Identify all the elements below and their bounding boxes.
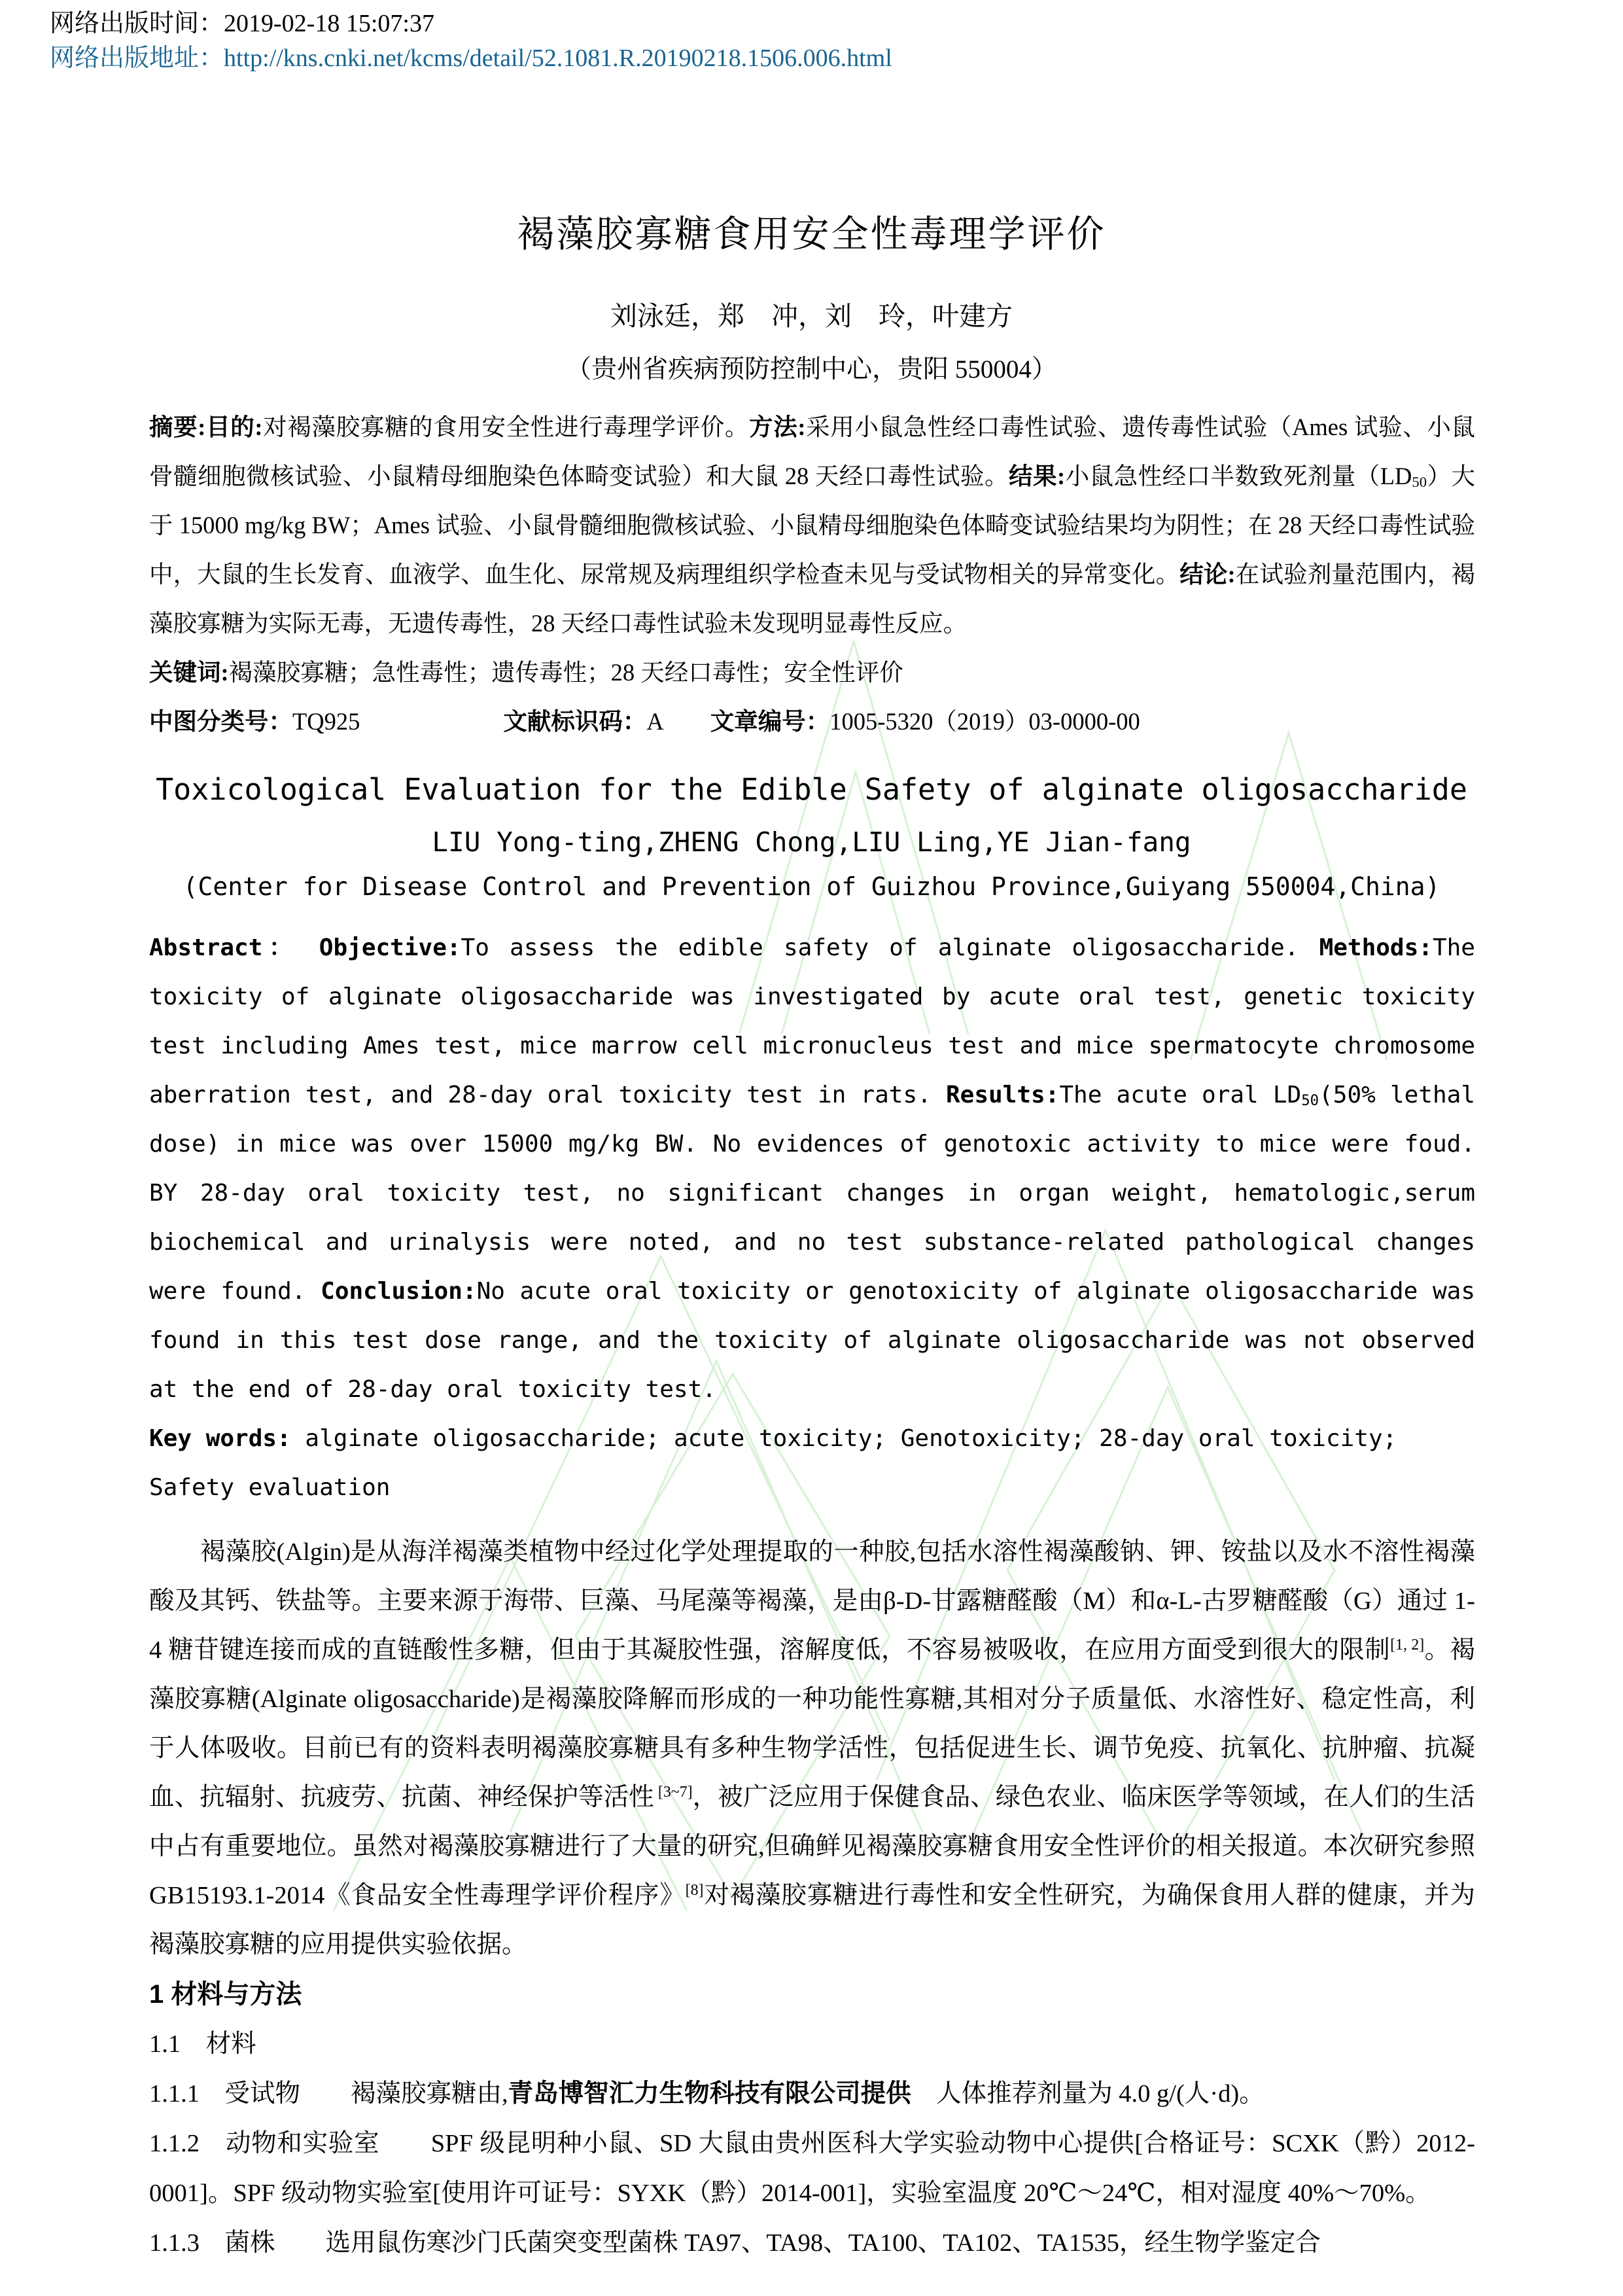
publish-url-line: 网络出版地址：http://kns.cnki.net/kcms/detail/5… [50, 41, 1623, 76]
authors-en: LIU Yong-ting,ZHENG Chong,LIU Ling,YE Ji… [0, 826, 1623, 858]
item-1-1-2-animals-lab: 1.1.2 动物和实验室 SPF 级昆明种小鼠、SD 大鼠由贵州医科大学实验动物… [149, 2119, 1475, 2218]
abstract-cn: 摘要:目的:对褐藻胶寡糖的食用安全性进行毒理学评价。方法:采用小鼠急性经口毒性试… [149, 402, 1475, 648]
abstract-en: Abstract： Objective:To assess the edible… [149, 923, 1475, 1414]
publish-time-label: 网络出版时间： [50, 10, 224, 37]
paper-title-en: Toxicological Evaluation for the Edible … [0, 772, 1623, 807]
section-heading-1: 1 材料与方法 [149, 1969, 1475, 2019]
affiliation-en: (Center for Disease Control and Preventi… [0, 872, 1623, 901]
publish-url-link[interactable]: http://kns.cnki.net/kcms/detail/52.1081.… [224, 44, 892, 72]
article-meta-cn: 中图分类号：TQ925 文献标识码：A 文章编号：1005-5320（2019）… [149, 697, 1475, 746]
affiliation-cn: （贵州省疾病预防控制中心，贵阳 550004） [0, 349, 1623, 385]
authors-cn: 刘泳廷，郑 冲，刘 玲，叶建方 [0, 294, 1623, 333]
keywords-cn: 关键词:褐藻胶寡糖；急性毒性；遗传毒性；28 天经口毒性；安全性评价 [149, 648, 1475, 697]
item-1-1-1-test-substance: 1.1.1 受试物 褐藻胶寡糖由,青岛博智汇力生物科技有限公司提供 人体推荐剂量… [149, 2069, 1475, 2119]
intro-paragraph: 褐藻胶(Algin)是从海洋褐藻类植物中经过化学处理提取的一种胶,包括水溶性褐藻… [149, 1528, 1475, 1969]
paper-title-cn: 褐藻胶寡糖食用安全性毒理学评价 [0, 204, 1623, 258]
paper-page: 网络出版时间：2019-02-18 15:07:37 网络出版地址：http:/… [0, 0, 1623, 2296]
publish-url-label: 网络出版地址： [50, 44, 224, 72]
publication-header: 网络出版时间：2019-02-18 15:07:37 网络出版地址：http:/… [0, 0, 1623, 76]
keywords-en: Key words: alginate oligosaccharide; acu… [149, 1414, 1475, 1512]
section-heading-1-1: 1.1 材料 [149, 2019, 1475, 2069]
publish-time-line: 网络出版时间：2019-02-18 15:07:37 [50, 7, 1623, 41]
publish-time-value: 2019-02-18 15:07:37 [224, 10, 434, 37]
item-1-1-3-strains: 1.1.3 菌株 选用鼠伤寒沙门氏菌突变型菌株 TA97、TA98、TA100、… [149, 2218, 1475, 2268]
